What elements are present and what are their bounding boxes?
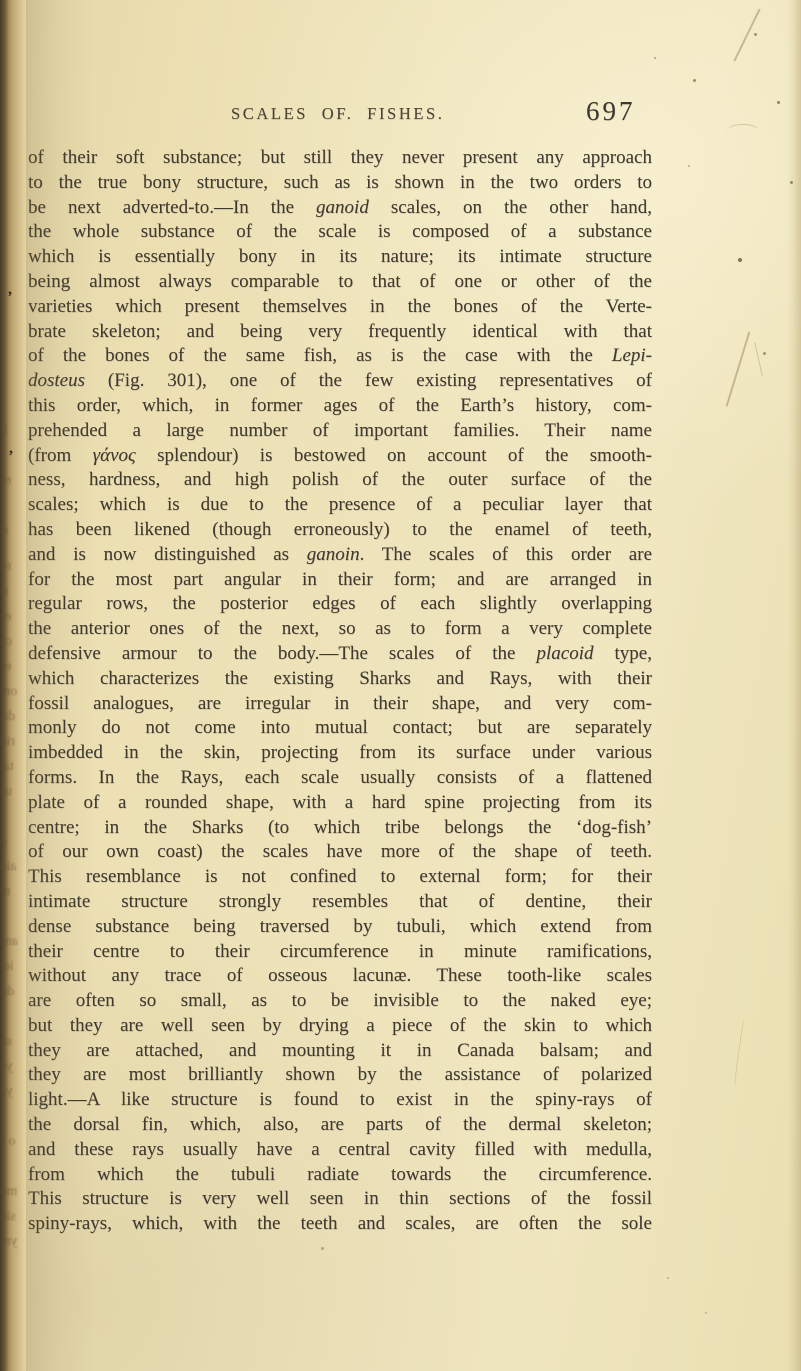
text-segment: scales; which is due to the presence of … xyxy=(28,494,652,515)
text-segment: light.—A like structure is found to exis… xyxy=(28,1089,652,1110)
showthrough-fragment: om xyxy=(0,683,27,699)
foxing-speck xyxy=(321,1247,324,1250)
text-line: has been likened (though erroneously) to… xyxy=(28,518,652,543)
showthrough-fragment: su xyxy=(0,1033,27,1049)
foxing-speck xyxy=(790,181,793,184)
text-line: (from γάνος splendour) is bestowed on ac… xyxy=(28,444,652,469)
showthrough-fragment: rid xyxy=(0,733,27,749)
text-segment: (Fig. 301), one of the few existing repr… xyxy=(85,370,652,391)
foxing-speck xyxy=(705,1312,707,1314)
text-segment: regular rows, the posterior edges of eac… xyxy=(28,593,652,614)
showthrough-fragment: us xyxy=(0,783,27,799)
text-line: ness, hardness, and high polish of the o… xyxy=(28,468,652,493)
text-segment: but they are well seen by drying a piece… xyxy=(28,1015,652,1036)
text-line: the anterior ones of the next, so as to … xyxy=(28,617,652,642)
showthrough-fragment: ye xyxy=(0,1058,27,1074)
gutter-shadow xyxy=(26,0,96,1371)
text-segment: spiny-rays, which, with the teeth and sc… xyxy=(28,1213,652,1234)
text-line: spiny-rays, which, with the teeth and sc… xyxy=(28,1212,652,1237)
text-line: being almost always comparable to that o… xyxy=(28,270,652,295)
text-line: of the bones of the same fish, as is the… xyxy=(28,344,652,369)
paper-crease xyxy=(754,342,763,375)
showthrough-fragment: es xyxy=(0,608,27,624)
text-segment: dense substance being traversed by tubul… xyxy=(28,916,652,937)
running-title: SCALES OF. FISHES. xyxy=(231,104,445,124)
text-line: imbedded in the skin, projecting from it… xyxy=(28,741,652,766)
showthrough-fragment: dti xyxy=(0,983,27,999)
showthrough-fragment: yni xyxy=(0,1233,27,1249)
text-line: for the most part angular in their form;… xyxy=(28,568,652,593)
text-segment: scales, on the other hand, xyxy=(369,197,652,218)
text-segment: varieties which present themselves in th… xyxy=(28,296,652,317)
text-segment: defensive armour to the body.—The scales… xyxy=(28,643,536,664)
text-line: This resemblance is not confined to exte… xyxy=(28,865,652,890)
text-segment: and these rays usually have a central ca… xyxy=(28,1139,652,1160)
text-line: which characterizes the existing Sharks … xyxy=(28,667,652,692)
showthrough-fragment: ro xyxy=(0,472,27,488)
text-line: varieties which present themselves in th… xyxy=(28,295,652,320)
paper-scratch xyxy=(727,124,759,138)
text-segment: type, xyxy=(593,643,652,664)
text-segment: their centre to their circumference in m… xyxy=(28,941,652,962)
text-line: which is essentially bony in its nature;… xyxy=(28,245,652,270)
text-segment: without any trace of osseous lacunæ. The… xyxy=(28,965,652,986)
showthrough-fragment: ans xyxy=(0,933,27,949)
text-segment: to the true bony structure, such as is s… xyxy=(28,172,652,193)
foxing-speck xyxy=(763,352,766,355)
text-segment: This resemblance is not confined to exte… xyxy=(28,866,652,887)
text-segment: the whole substance of the scale is comp… xyxy=(28,221,652,242)
paper-scratch xyxy=(733,1018,747,1088)
showthrough-fragment: ri xyxy=(0,583,27,599)
text-segment: for the most part angular in their form;… xyxy=(28,569,652,590)
showthrough-fragment: aid xyxy=(0,858,27,874)
text-segment: they are most brilliantly shown by the a… xyxy=(28,1064,652,1085)
text-line: but they are well seen by drying a piece… xyxy=(28,1014,652,1039)
showthrough-fragment: tai xyxy=(0,758,27,774)
text-line: monly do not come into mutual contact; b… xyxy=(28,716,652,741)
text-line: brate skeleton; and being very frequentl… xyxy=(28,320,652,345)
text-line: from which the tubuli radiate towards th… xyxy=(28,1163,652,1188)
body-text: of their soft substance; but still they … xyxy=(28,146,652,1237)
text-line: they are most brilliantly shown by the a… xyxy=(28,1063,652,1088)
paper-crease xyxy=(726,331,750,406)
italic-term: placoid xyxy=(536,643,593,664)
showthrough-fragment: ya xyxy=(0,1083,27,1099)
text-segment: splendour) is bestowed on account of the… xyxy=(136,445,652,466)
text-line: be next adverted-to.—In the ganoid scale… xyxy=(28,196,652,221)
text-line: plate of a rounded shape, with a hard sp… xyxy=(28,791,652,816)
text-line: centre; in the Sharks (to which tribe be… xyxy=(28,816,652,841)
page-right-edge-shading xyxy=(787,0,801,1371)
book-page: SCALES OF. FISHES. 697 of their soft sub… xyxy=(0,0,801,1371)
showthrough-fragment: iei xyxy=(0,958,27,974)
text-segment: monly do not come into mutual contact; b… xyxy=(28,717,652,738)
showthrough-fragment: ca xyxy=(0,633,27,649)
text-segment: . The scales of this order are xyxy=(360,544,652,565)
text-segment: of the bones of the same fish, as is the… xyxy=(28,345,612,366)
text-segment: this order, which, in former ages of the… xyxy=(28,395,652,416)
showthrough-fragment: md xyxy=(0,1183,27,1199)
ink-blot: , xyxy=(9,440,13,458)
text-segment: fossil analogues, are irregular in their… xyxy=(28,693,652,714)
text-segment: has been likened (though erroneously) to… xyxy=(28,519,652,540)
foxing-speck xyxy=(738,258,742,262)
showthrough-fragment: dri xyxy=(0,708,27,724)
text-line: are often so small, as to be invisible t… xyxy=(28,989,652,1014)
showthrough-fragment: ni xyxy=(0,883,27,899)
showthrough-fragment: sid xyxy=(0,1208,27,1224)
text-line: defensive armour to the body.—The scales… xyxy=(28,642,652,667)
text-segment: which is essentially bony in its nature;… xyxy=(28,246,652,267)
showthrough-fragment: es xyxy=(0,658,27,674)
text-line: fossil analogues, are irregular in their… xyxy=(28,692,652,717)
text-line: to the true bony structure, such as is s… xyxy=(28,171,652,196)
text-line: forms. In the Rays, each scale usually c… xyxy=(28,766,652,791)
text-line: of their soft substance; but still they … xyxy=(28,146,652,171)
text-segment: imbedded in the skin, projecting from it… xyxy=(28,742,652,763)
showthrough-fragment: ro xyxy=(0,558,27,574)
text-line: prehended a large number of important fa… xyxy=(28,419,652,444)
showthrough-fragment: ri xyxy=(0,522,27,538)
showthrough-fragment: o xyxy=(0,833,27,849)
foxing-speck xyxy=(667,1277,669,1279)
text-line: scales; which is due to the presence of … xyxy=(28,493,652,518)
text-segment: plate of a rounded shape, with a hard sp… xyxy=(28,792,652,813)
text-segment: ness, hardness, and high polish of the o… xyxy=(28,469,652,490)
italic-term: ganoid xyxy=(316,197,369,218)
text-line: dense substance being traversed by tubul… xyxy=(28,915,652,940)
text-segment: centre; in the Sharks (to which tribe be… xyxy=(28,817,652,838)
text-line: dosteus (Fig. 301), one of the few exist… xyxy=(28,369,652,394)
text-segment: which characterizes the existing Sharks … xyxy=(28,668,652,689)
text-segment: being almost always comparable to that o… xyxy=(28,271,652,292)
text-line: intimate structure strongly resembles th… xyxy=(28,890,652,915)
italic-term: Lepi- xyxy=(612,345,652,366)
text-segment: are often so small, as to be invisible t… xyxy=(28,990,652,1011)
ink-blot: , xyxy=(8,281,12,299)
text-segment: This structure is very well seen in thin… xyxy=(28,1188,652,1209)
text-line: the dorsal fin, which, also, are parts o… xyxy=(28,1113,652,1138)
showthrough-fragment: o s xyxy=(0,1133,27,1149)
italic-term: γάνος xyxy=(93,445,136,466)
italic-term: ganoin xyxy=(307,544,360,565)
text-segment: forms. In the Rays, each scale usually c… xyxy=(28,767,652,788)
page-number: 697 xyxy=(586,96,636,127)
text-segment: from which the tubuli radiate towards th… xyxy=(28,1164,652,1185)
text-segment: intimate structure strongly resembles th… xyxy=(28,891,652,912)
text-line: without any trace of osseous lacunæ. The… xyxy=(28,964,652,989)
text-line: this order, which, in former ages of the… xyxy=(28,394,652,419)
foxing-speck xyxy=(777,101,780,104)
foxing-speck xyxy=(654,57,656,59)
text-line: of our own coast) the scales have more o… xyxy=(28,840,652,865)
foxing-speck xyxy=(693,79,696,82)
text-segment: of our own coast) the scales have more o… xyxy=(28,841,652,862)
text-line: and is now distinguished as ganoin. The … xyxy=(28,543,652,568)
text-line: they are attached, and mounting it in Ca… xyxy=(28,1039,652,1064)
foxing-speck xyxy=(688,165,690,167)
text-segment: the anterior ones of the next, so as to … xyxy=(28,618,652,639)
text-line: light.—A like structure is found to exis… xyxy=(28,1088,652,1113)
text-line: their centre to their circumference in m… xyxy=(28,940,652,965)
text-line: This structure is very well seen in thin… xyxy=(28,1187,652,1212)
text-segment: of their soft substance; but still they … xyxy=(28,147,652,168)
showthrough-fragment: il xyxy=(0,421,27,437)
text-segment: the dorsal fin, which, also, are parts o… xyxy=(28,1114,652,1135)
text-segment: prehended a large number of important fa… xyxy=(28,420,652,441)
text-segment: they are attached, and mounting it in Ca… xyxy=(28,1040,652,1061)
text-line: and these rays usually have a central ca… xyxy=(28,1138,652,1163)
text-segment: brate skeleton; and being very frequentl… xyxy=(28,321,652,342)
text-line: regular rows, the posterior edges of eac… xyxy=(28,592,652,617)
foxing-speck xyxy=(754,33,757,36)
text-line: the whole substance of the scale is comp… xyxy=(28,220,652,245)
